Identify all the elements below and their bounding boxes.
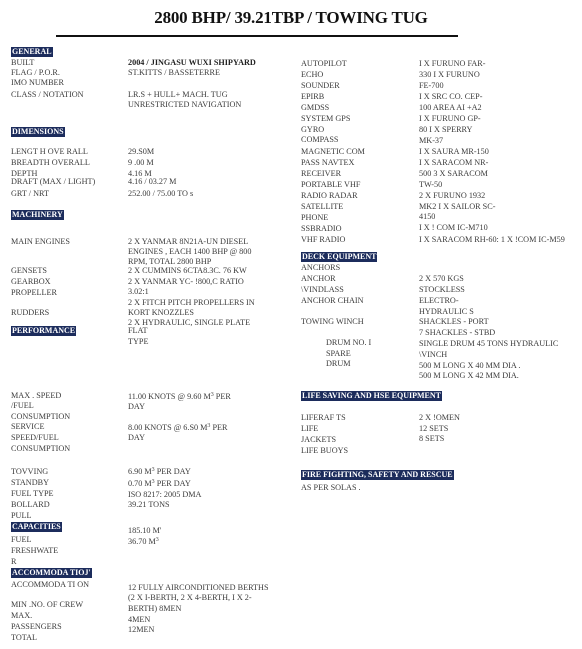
label-total: TOTAL [11, 633, 37, 643]
value-breadth: 9 .00 M [128, 158, 154, 168]
label-max: MAX. [11, 611, 32, 621]
label-passengers: PASSENGERS [11, 622, 62, 632]
value-nav-5: I X FURUNO GP- [419, 114, 481, 124]
label-class: CLASS / NOTATION [11, 90, 84, 100]
section-header-dimensions: DIMENSIONS [11, 127, 65, 137]
label-portable-vhf: PORTABLE VHF [301, 180, 360, 190]
value-life-buoys: 8 SETS [419, 434, 444, 444]
value-life-jackets: 12 SETS [419, 424, 448, 434]
value-accommodation-1: 12 FULLY AIRCONDITIONED BERTHS [128, 583, 269, 593]
value-rudders-2: FLAT [128, 326, 148, 336]
label-towing-winch: TOWING WINCH [301, 317, 364, 327]
value-deck-8: 500 M LONG X 40 MM DIA . [419, 361, 520, 371]
value-nav-7: MK-37 [419, 136, 443, 146]
label-freshwater-r: R [11, 557, 16, 567]
value-gensets: 2 X CUMMINS 6CTA8.3C. 76 KW [128, 266, 247, 276]
label-gmdss: GMDSS [301, 103, 329, 113]
label-propeller: PROPELLER [11, 288, 57, 298]
label-bollard: BOLLARD [11, 500, 50, 510]
value-deck-4: SHACKLES - PORT [419, 317, 489, 327]
label-system-gps: SYSTEM GPS [301, 114, 350, 124]
value-nav-0: I X FURUNO FAR- [419, 59, 486, 69]
value-flag: ST.KITTS / BASSETERRE [128, 68, 220, 78]
fire-fighting-text: AS PER SOLAS . [301, 483, 361, 493]
label-pull: PULL [11, 511, 31, 521]
label-autopilot: AUTOPILOT [301, 59, 347, 69]
value-deck-2: ELECTRO- [419, 296, 459, 306]
value-freshwater-capacity: 36.70 M3 [128, 537, 159, 547]
section-header-machinery: MACHINERY [11, 210, 64, 220]
value-deck-3: HYDRAULIC S [419, 307, 474, 317]
label-gyro: GYRO [301, 125, 324, 135]
value-draft: 4.16 / 03.27 M [128, 177, 176, 187]
label-rudders: RUDDERS [11, 308, 49, 318]
label-epirb: EPIRB [301, 92, 324, 102]
value-fuel-type: ISO 8217: 2005 DMA [128, 490, 201, 500]
label-fuel-type: FUEL TYPE [11, 489, 54, 499]
section-header-performance: PERFORMANCE [11, 326, 76, 336]
section-header-capacities: CAPACITIES [11, 522, 62, 532]
label-windlass: \VINDLASS [301, 285, 344, 295]
value-propeller-1: 2 X FITCH PITCH PROPELLERS IN [128, 298, 255, 308]
value-grt: 252.00 / 75.00 TO s [128, 189, 193, 199]
value-class-1: LR.S + HULL+ MACH. TUG [128, 90, 228, 100]
label-length: LENGT H OVE RALL [11, 147, 88, 157]
label-gearbox: GEARBOX [11, 277, 51, 287]
section-header-deck-equipment: DECK EQUIPMENT [301, 252, 377, 262]
document-title: 2800 BHP/ 39.21TBP / TOWING TUG [0, 8, 582, 28]
value-liferafts: 2 X !OMEN [419, 413, 460, 423]
value-nav-13: MK2 I X SAILOR SC- [419, 202, 495, 212]
value-nav-1: 330 I X FURUNO [419, 70, 480, 80]
value-nav-15: I X ! COM IC-M710 [419, 223, 488, 233]
label-built: BUILT [11, 58, 34, 68]
value-towing: 6.90 M3 PER DAY [128, 467, 191, 477]
value-max-speed-2: DAY [128, 402, 145, 412]
label-pass-navtex: PASS NAVTEX [301, 158, 354, 168]
label-freshwater: FRESHWATE [11, 546, 58, 556]
value-propeller-2: KORT KNOZZLES [128, 308, 194, 318]
label-anchor-chain: ANCHOR CHAIN [301, 296, 364, 306]
label-main-engines: MAIN ENGINES [11, 237, 70, 247]
label-receiver: RECEIVER [301, 169, 341, 179]
section-header-fire-fighting: FIRE FIGHTING, SAFETY AND RESCUE [301, 470, 454, 480]
label-draft: DRAFT (MAX / LIGHT) [11, 177, 95, 187]
value-bollard: 39.21 TONS [128, 500, 170, 510]
label-min-crew: MIN .NO. OF CREW [11, 600, 83, 610]
label-service-3: CONSUMPTION [11, 444, 70, 454]
value-deck-7: \VINCH [419, 350, 447, 360]
label-imo: IMO NUMBER [11, 78, 64, 88]
value-deck-5: 7 SHACKLES - STBD [419, 328, 495, 338]
value-class-2: UNRESTRICTED NAVIGATION [128, 100, 241, 110]
value-deck-1: STOCKLESS [419, 285, 465, 295]
value-nav-4: 100 AREA AI +A2 [419, 103, 482, 113]
value-gearbox-1: 2 X YANMAR YC- !800,C RATIO [128, 277, 244, 287]
value-nav-12: 2 X FURUNO 1932 [419, 191, 485, 201]
section-header-general: GENERAL [11, 47, 53, 57]
value-nav-10: 500 3 X SARACOM [419, 169, 488, 179]
label-vhf-radio: VHF RADIO [301, 235, 345, 245]
label-service-2: SPEED/FUEL [11, 433, 59, 443]
label-radio-radar: RADIO RADAR [301, 191, 358, 201]
value-rudders-3: TYPE [128, 337, 148, 347]
value-main-engines-2: ENGINES , EACH 1400 BHP @ 800 [128, 247, 251, 257]
label-magnetic-com: MAGNETIC COM [301, 147, 365, 157]
label-anchors: ANCHORS [301, 263, 340, 273]
value-nav-8: I X SAURA MR-150 [419, 147, 489, 157]
label-accommodation: ACCOMMODA TI ON [11, 580, 89, 590]
value-nav-11: TW-50 [419, 180, 442, 190]
value-nav-6: 80 I X SPERRY [419, 125, 472, 135]
value-main-engines-1: 2 X YANMAR 8N21A-UN DIESEL [128, 237, 248, 247]
value-nav-3: I X SRC CO. CEP- [419, 92, 482, 102]
label-life-buoys: LIFE BUOYS [301, 446, 348, 456]
label-flag: FLAG / P.O.R. [11, 68, 60, 78]
value-nav-2: FE-700 [419, 81, 444, 91]
label-liferafts: LIFERAF TS [301, 413, 346, 423]
label-anchor: ANCHOR [301, 274, 336, 284]
title-underline [56, 35, 458, 37]
label-compass: COMPASS [301, 135, 338, 145]
value-fuel-capacity: 185.10 M' [128, 526, 161, 536]
label-towing: TOVVING [11, 467, 48, 477]
label-fuel: FUEL [11, 535, 31, 545]
label-jackets: JACKETS [301, 435, 336, 445]
label-service-1: SERVICE [11, 422, 44, 432]
section-header-accommodation: ACCOMMODA TIOJ' [11, 568, 92, 578]
label-max-speed-1: MAX . SPEED [11, 391, 61, 401]
label-breadth: BREADTH OVERALL [11, 158, 90, 168]
label-phone: PHONE [301, 213, 328, 223]
value-service: 8.00 KNOTS @ 6.S0 M3 PER [128, 423, 228, 433]
label-spare: SPARE [326, 349, 351, 359]
value-deck-9: 500 M LONG X 42 MM DIA. [419, 371, 519, 381]
label-ssbradio: SSBRADIO [301, 224, 342, 234]
value-min-crew: BERTH) 8MEN [128, 604, 181, 614]
value-accommodation-2: (2 X I-BERTH, 2 X 4-BERTH, I X 2- [128, 593, 252, 603]
label-satellite: SATELLITE [301, 202, 343, 212]
label-max-speed-3: CONSUMPTION [11, 412, 70, 422]
value-service-2: DAY [128, 433, 145, 443]
label-echo: ECHO [301, 70, 323, 80]
label-drum-no-1: DRUM NO. I [326, 338, 371, 348]
label-max-speed-2: /FUEL [11, 401, 34, 411]
value-max-passengers: 4MEN [128, 615, 150, 625]
label-life: LIFE [301, 424, 318, 434]
label-sounder: SOUNDER [301, 81, 340, 91]
value-standby: 0.70 M3 PER DAY [128, 479, 191, 489]
label-grt: GRT / NRT [11, 189, 49, 199]
value-nav-16: I X SARACOM RH-60: 1 X !COM IC-M59 [419, 235, 565, 245]
value-gearbox-2: 3.02:1 [128, 287, 149, 297]
value-total: 12MEN [128, 625, 154, 635]
value-built: 2004 / JINGASU WUXI SHIPYARD [128, 58, 256, 68]
value-deck-0: 2 X 570 KGS [419, 274, 464, 284]
value-deck-6: SINGLE DRUM 45 TONS HYDRAULIC [419, 339, 558, 349]
label-drum: DRUM [326, 359, 351, 369]
value-nav-9: I X SARACOM NR- [419, 158, 488, 168]
value-nav-14: 4150 [419, 212, 435, 222]
section-header-life-saving: LIFE SAVING AND HSE EQUIPMENT [301, 391, 442, 401]
value-max-speed: 11.00 KNOTS @ 9.60 M3 PER [128, 392, 231, 402]
value-length: 29.S0M [128, 147, 154, 157]
label-standby: STANDBY [11, 478, 49, 488]
label-gensets: GENSETS [11, 266, 47, 276]
